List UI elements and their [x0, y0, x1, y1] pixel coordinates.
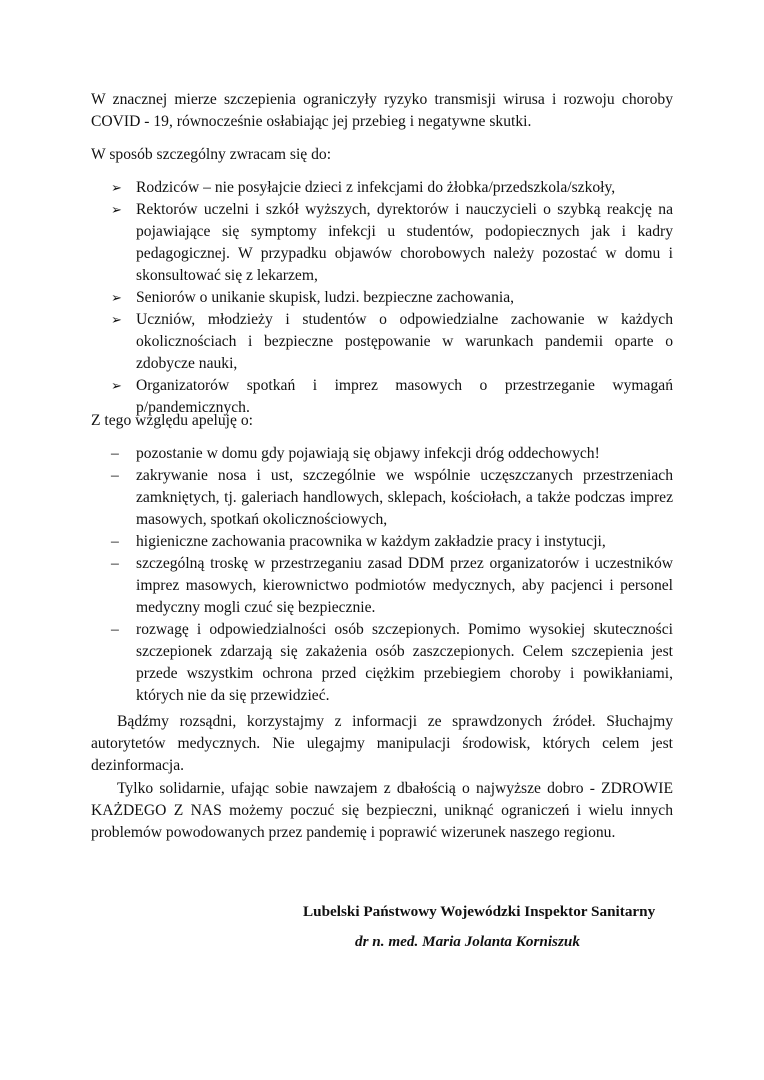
- arrow-bullet-icon: ➢: [111, 287, 131, 309]
- closing-paragraph-1: Bądźmy rozsądni, korzystajmy z informacj…: [91, 711, 673, 777]
- intro-paragraph: W znacznej mierze szczepienia ograniczył…: [91, 89, 673, 133]
- list-item: –higieniczne zachowania pracownika w każ…: [91, 531, 673, 553]
- list-item: ➢Rektorów uczelni i szkół wyższych, dyre…: [91, 199, 673, 287]
- appeal-heading: Z tego względu apeluję o:: [91, 410, 673, 432]
- list-item: –szczególną troskę w przestrzeganiu zasa…: [91, 553, 673, 619]
- document-page: W znacznej mierze szczepienia ograniczył…: [0, 0, 764, 1080]
- list-item: ➢Uczniów, młodzieży i studentów o odpowi…: [91, 309, 673, 375]
- address-heading: W sposób szczególny zwracam się do:: [91, 144, 673, 166]
- dash-bullet-icon: –: [111, 619, 131, 641]
- list-item: ➢Rodziców – nie posyłajcie dzieci z infe…: [91, 177, 673, 199]
- list-item: ➢Seniorów o unikanie skupisk, ludzi. bez…: [91, 287, 673, 309]
- dash-bullet-icon: –: [111, 465, 131, 487]
- list-item: –pozostanie w domu gdy pojawiają się obj…: [91, 443, 673, 465]
- signature-name: dr n. med. Maria Jolanta Korniszuk: [355, 933, 580, 951]
- list-item: –rozwagę i odpowiedzialności osób szczep…: [91, 619, 673, 707]
- arrow-bullet-icon: ➢: [111, 177, 131, 199]
- closing-paragraph-2: Tylko solidarnie, ufając sobie nawzajem …: [91, 778, 673, 844]
- arrow-bullet-icon: ➢: [111, 309, 131, 331]
- dash-bullet-icon: –: [111, 531, 131, 553]
- arrow-bullet-icon: ➢: [111, 375, 131, 397]
- list-item: –zakrywanie nosa i ust, szczególnie we w…: [91, 465, 673, 531]
- appeal-list: –pozostanie w domu gdy pojawiają się obj…: [91, 443, 673, 707]
- dash-bullet-icon: –: [111, 553, 131, 575]
- signature-title: Lubelski Państwowy Wojewódzki Inspektor …: [303, 903, 655, 921]
- dash-bullet-icon: –: [111, 443, 131, 465]
- arrow-bullet-icon: ➢: [111, 199, 131, 221]
- address-list: ➢Rodziców – nie posyłajcie dzieci z infe…: [91, 177, 673, 419]
